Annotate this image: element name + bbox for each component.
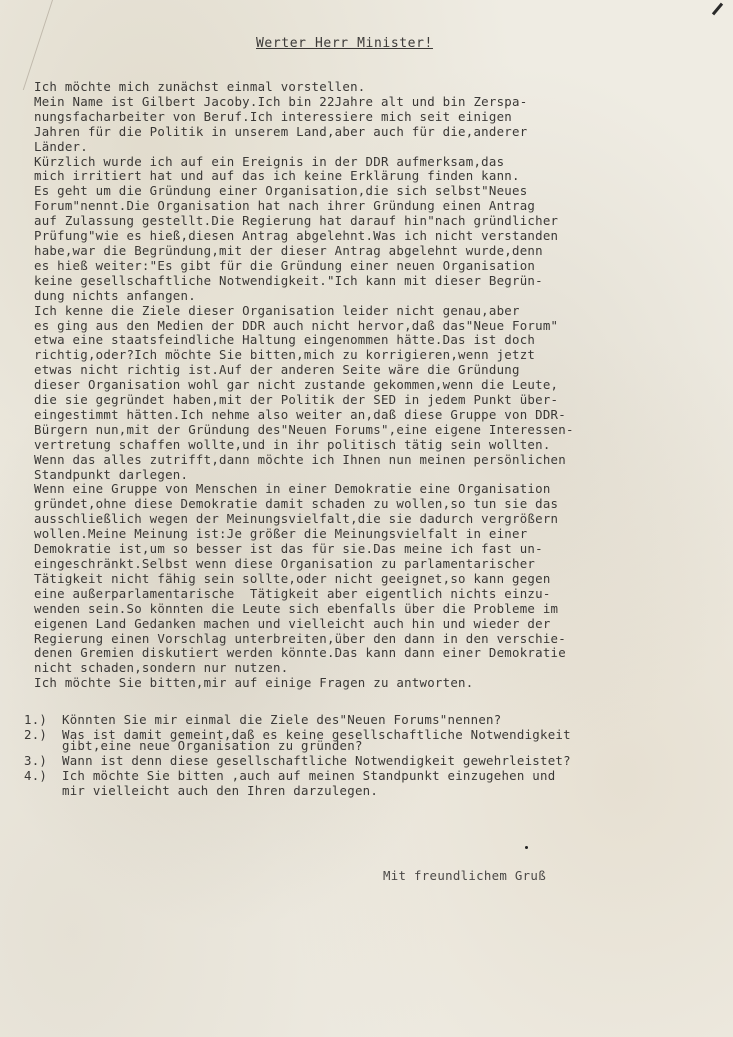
body-line: richtig,oder?Ich möchte Sie bitten,mich … [34, 348, 694, 363]
question-item: 1.)Könnten Sie mir einmal die Ziele des"… [24, 713, 571, 728]
body-line: eigenen Land Gedanken machen und viellei… [34, 617, 694, 632]
question-list: 1.)Könnten Sie mir einmal die Ziele des"… [24, 713, 571, 798]
question-number: 3.) [24, 754, 62, 769]
salutation: Werter Herr Minister! [256, 36, 433, 51]
body-line: eingeschränkt.Selbst wenn diese Organisa… [34, 557, 694, 572]
body-line: Wenn eine Gruppe von Menschen in einer D… [34, 482, 694, 497]
question-item: 3.)Wann ist denn diese gesellschaftliche… [24, 754, 571, 769]
body-line: es ging aus den Medien der DDR auch nich… [34, 319, 694, 334]
body-line: gründet,ohne diese Demokratie damit scha… [34, 497, 694, 512]
letter-page: Werter Herr Minister! Ich möchte mich zu… [0, 0, 733, 1037]
body-line: Kürzlich wurde ich auf ein Ereignis in d… [34, 155, 694, 170]
body-line: es hieß weiter:"Es gibt für die Gründung… [34, 259, 694, 274]
body-line: habe,war die Begründung,mit der dieser A… [34, 244, 694, 259]
question-item: 4.)Ich möchte Sie bitten ,auch auf meine… [24, 769, 571, 799]
body-line: etwa eine staatsfeindliche Haltung einge… [34, 333, 694, 348]
body-line: Regierung einen Vorschlag unterbreiten,ü… [34, 632, 694, 647]
body-line: eingestimmt hätten.Ich nehme also weiter… [34, 408, 694, 423]
body-line: Bürgern nun,mit der Gründung des"Neuen F… [34, 423, 694, 438]
body-line: Standpunkt darlegen. [34, 468, 694, 483]
body-line: Demokratie ist,um so besser ist das für … [34, 542, 694, 557]
body-line: Prüfung"wie es hieß,diesen Antrag abgele… [34, 229, 694, 244]
body-line: eine außerparlamentarische Tätigkeit abe… [34, 587, 694, 602]
body-line: dung nichts anfangen. [34, 289, 694, 304]
body-line: mich irritiert hat und auf das ich keine… [34, 169, 694, 184]
question-text: Ich möchte Sie bitten ,auch auf meinen S… [62, 768, 555, 783]
body-line: Es geht um die Gründung einer Organisati… [34, 184, 694, 199]
ink-mark [712, 3, 723, 16]
ink-dot [525, 846, 528, 849]
body-line: Mein Name ist Gilbert Jacoby.Ich bin 22J… [34, 95, 694, 110]
body-line: denen Gremien diskutiert werden könnte.D… [34, 646, 694, 661]
question-number: 1.) [24, 713, 62, 728]
body-line: die sie gegründet haben,mit der Politik … [34, 393, 694, 408]
body-line: Jahren für die Politik in unserem Land,a… [34, 125, 694, 140]
body-line: wenden sein.So könnten die Leute sich eb… [34, 602, 694, 617]
body-line: Länder. [34, 140, 694, 155]
body-line: dieser Organisation wohl gar nicht zusta… [34, 378, 694, 393]
body-line: keine gesellschaftliche Notwendigkeit."I… [34, 274, 694, 289]
body-line: Wenn das alles zutrifft,dann möchte ich … [34, 453, 694, 468]
question-text: Könnten Sie mir einmal die Ziele des"Neu… [62, 712, 501, 727]
body-line: Ich möchte mich zunächst einmal vorstell… [34, 80, 694, 95]
body-line: Ich möchte Sie bitten,mir auf einige Fra… [34, 676, 694, 691]
body-line: ausschließlich wegen der Meinungsvielfal… [34, 512, 694, 527]
body-line: nungsfacharbeiter von Beruf.Ich interess… [34, 110, 694, 125]
question-number: 2.) [24, 728, 62, 743]
body-line: auf Zulassung gestellt.Die Regierung hat… [34, 214, 694, 229]
body-line: vertretung schaffen wollte,und in ihr po… [34, 438, 694, 453]
body-line: wollen.Meine Meinung ist:Je größer die M… [34, 527, 694, 542]
paper-crease [0, 0, 53, 90]
body-line: nicht schaden,sondern nur nutzen. [34, 661, 694, 676]
question-text: mir vielleicht auch den Ihren darzulegen… [24, 784, 571, 799]
body-line: Forum"nennt.Die Organisation hat nach ih… [34, 199, 694, 214]
question-item: 2.)Was ist damit gemeint,daß es keine ge… [24, 728, 571, 754]
body-line: Ich kenne die Ziele dieser Organisation … [34, 304, 694, 319]
letter-body: Ich möchte mich zunächst einmal vorstell… [34, 80, 694, 691]
body-line: Tätigkeit nicht fähig sein sollte,oder n… [34, 572, 694, 587]
question-text: Wann ist denn diese gesellschaftliche No… [62, 753, 571, 768]
question-number: 4.) [24, 769, 62, 784]
closing: Mit freundlichem Gruß [383, 868, 546, 883]
body-line: etwas nicht richtig ist.Auf der anderen … [34, 363, 694, 378]
